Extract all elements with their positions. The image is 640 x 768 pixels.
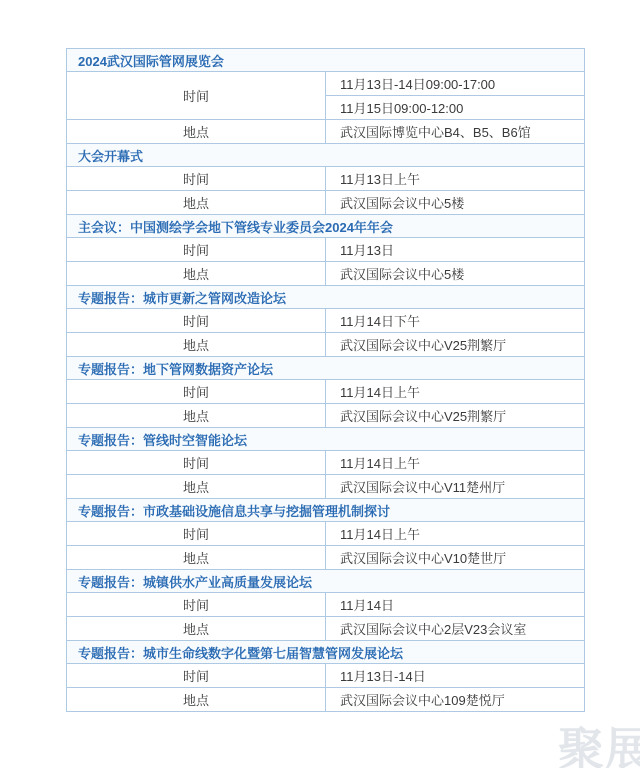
location-label: 地点 [67,617,326,641]
section-header-row: 大会开幕式 [67,144,585,167]
table-row: 时间 11月13日上午 [67,167,585,191]
table-row: 地点 武汉国际会议中心5楼 [67,191,585,215]
section-header-row: 2024武汉国际管网展览会 [67,49,585,72]
location-label: 地点 [67,688,326,712]
time-label: 时间 [67,664,326,688]
section-title: 大会开幕式 [67,144,585,167]
time-value: 11月15日09:00-12:00 [326,96,585,120]
section-title: 专题报告：地下管网数据资产论坛 [67,357,585,380]
table-row: 时间 11月14日下午 [67,309,585,333]
table-row: 时间 11月14日上午 [67,380,585,404]
time-value: 11月14日 [326,593,585,617]
table-row: 时间 11月14日 [67,593,585,617]
time-value: 11月13日-14日09:00-17:00 [326,72,585,96]
juzhan-watermark: 聚展 [558,726,640,768]
location-label: 地点 [67,333,326,357]
table-row: 地点 武汉国际会议中心V25荆繁厅 [67,333,585,357]
section-title: 专题报告：城市生命线数字化暨第七届智慧管网发展论坛 [67,641,585,664]
table-row: 地点 武汉国际会议中心V10楚世厅 [67,546,585,570]
section-title: 专题报告：城市更新之管网改造论坛 [67,286,585,309]
event-schedule-table: 2024武汉国际管网展览会 时间 11月13日-14日09:00-17:00 1… [66,48,585,712]
table-row: 地点 武汉国际会议中心V25荆繁厅 [67,404,585,428]
time-label: 时间 [67,380,326,404]
table-row: 地点 武汉国际会议中心5楼 [67,262,585,286]
table-row: 地点 武汉国际会议中心2层V23会议室 [67,617,585,641]
time-label: 时间 [67,309,326,333]
location-label: 地点 [67,120,326,144]
time-value: 11月13日-14日 [326,664,585,688]
section-title: 2024武汉国际管网展览会 [67,49,585,72]
time-value: 11月14日上午 [326,522,585,546]
location-value: 武汉国际会议中心2层V23会议室 [326,617,585,641]
time-label: 时间 [67,451,326,475]
section-header-row: 专题报告：城镇供水产业高质量发展论坛 [67,570,585,593]
location-value: 武汉国际博览中心B4、B5、B6馆 [326,120,585,144]
time-label: 时间 [67,593,326,617]
section-header-row: 主会议：中国测绘学会地下管线专业委员会2024年年会 [67,215,585,238]
section-title: 主会议：中国测绘学会地下管线专业委员会2024年年会 [67,215,585,238]
time-value: 11月13日 [326,238,585,262]
section-title: 专题报告：市政基础设施信息共享与挖掘管理机制探讨 [67,499,585,522]
location-label: 地点 [67,191,326,215]
page: { "labels": { "time": "时间", "location": … [0,0,640,768]
table-row: 时间 11月13日-14日 [67,664,585,688]
time-value: 11月14日下午 [326,309,585,333]
table-row: 时间 11月14日上午 [67,451,585,475]
section-header-row: 专题报告：地下管网数据资产论坛 [67,357,585,380]
location-value: 武汉国际会议中心V11楚州厅 [326,475,585,499]
location-value: 武汉国际会议中心V10楚世厅 [326,546,585,570]
time-value: 11月14日上午 [326,451,585,475]
section-header-row: 专题报告：城市更新之管网改造论坛 [67,286,585,309]
table-row: 时间 11月13日-14日09:00-17:00 [67,72,585,96]
location-label: 地点 [67,475,326,499]
time-label: 时间 [67,167,326,191]
location-value: 武汉国际会议中心5楼 [326,191,585,215]
location-value: 武汉国际会议中心V25荆繁厅 [326,333,585,357]
section-title: 专题报告：城镇供水产业高质量发展论坛 [67,570,585,593]
time-label: 时间 [67,238,326,262]
table-row: 地点 武汉国际会议中心V11楚州厅 [67,475,585,499]
section-title: 专题报告：管线时空智能论坛 [67,428,585,451]
section-header-row: 专题报告：市政基础设施信息共享与挖掘管理机制探讨 [67,499,585,522]
time-value: 11月14日上午 [326,380,585,404]
time-value: 11月13日上午 [326,167,585,191]
table-row: 时间 11月13日 [67,238,585,262]
location-label: 地点 [67,262,326,286]
location-label: 地点 [67,546,326,570]
location-value: 武汉国际会议中心109楚悦厅 [326,688,585,712]
table-row: 时间 11月14日上午 [67,522,585,546]
time-label: 时间 [67,72,326,120]
table-row: 地点 武汉国际博览中心B4、B5、B6馆 [67,120,585,144]
location-value: 武汉国际会议中心5楼 [326,262,585,286]
location-value: 武汉国际会议中心V25荆繁厅 [326,404,585,428]
table-row: 地点 武汉国际会议中心109楚悦厅 [67,688,585,712]
section-header-row: 专题报告：城市生命线数字化暨第七届智慧管网发展论坛 [67,641,585,664]
time-label: 时间 [67,522,326,546]
section-header-row: 专题报告：管线时空智能论坛 [67,428,585,451]
location-label: 地点 [67,404,326,428]
